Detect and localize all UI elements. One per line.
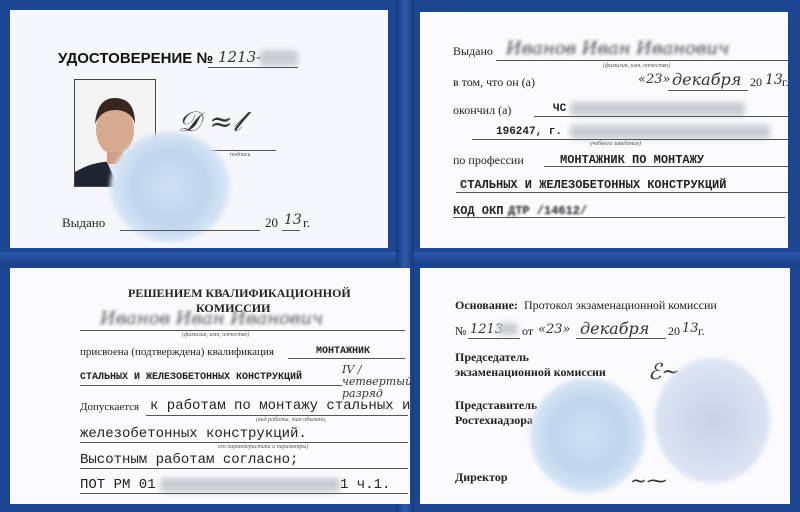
basis-text: Протокол экзаменационной комиссии (524, 298, 717, 313)
school-line (534, 116, 788, 117)
redacted-regulation (160, 478, 340, 492)
director-label: Директор (455, 470, 508, 485)
admitted-line-4-start: ПОТ РМ 01 (80, 477, 156, 493)
protocol-year: 13 (682, 321, 699, 336)
admitted-line-3: Высотным работам согласно; (80, 452, 298, 468)
issue-month: декабря (672, 70, 741, 89)
chair-line-1: Председатель (455, 350, 529, 365)
qualification-page: РЕШЕНИЕМ КВАЛИФИКАЦИОННОЙ КОМИССИИ Ивано… (10, 268, 410, 504)
school-caption: учебного заведения) (590, 141, 641, 147)
signature-caption: подпись (230, 152, 250, 158)
holder-full-name: Иванов Иван Иванович (506, 38, 729, 59)
organization-seal (655, 358, 770, 483)
name-line (496, 60, 788, 61)
admitted-underline-4 (80, 493, 408, 494)
qualification-line-1: МОНТАЖНИК (316, 346, 370, 357)
qualification-line-2-underline (80, 385, 342, 386)
protocol-year-unit: г. (698, 324, 705, 339)
rostechnadzor-seal (530, 378, 645, 493)
holder-full-name: Иванов Иван Иванович (100, 308, 323, 329)
profession-line (544, 166, 788, 167)
redacted-number (260, 50, 298, 66)
number-line (208, 67, 298, 68)
profession-line-2: СТАЛЬНЫХ И ЖЕЛЕЗОБЕТОННЫХ КОНСТРУКЦИЙ (460, 178, 726, 192)
protocol-month: декабря (580, 319, 649, 338)
rep-line-2: Ростехнадзора (455, 413, 533, 428)
profession-line-2-underline (456, 192, 788, 193)
admitted-underline-1 (146, 415, 408, 416)
school-name: ЧС (553, 103, 566, 115)
from-label: от (522, 324, 533, 339)
issue-year: 13 (765, 72, 783, 88)
issued-year: 13 (284, 212, 302, 228)
issued-label: Выдано (62, 215, 105, 231)
name-caption: (фамилия, имя, отчество) (603, 63, 670, 69)
seal-stamp (110, 132, 230, 242)
name-caption: (фамилия, имя, отчество) (182, 332, 249, 338)
certificate-title: УДОСТОВЕРЕНИЕ № (58, 50, 213, 67)
assigned-label: присвоена (подтверждена) квалификация (80, 346, 274, 358)
year-line (282, 230, 300, 231)
qualification-line-2: СТАЛЬНЫХ И ЖЕЛЕЗОБЕТОННЫХ КОНСТРУКЦИЙ (80, 372, 302, 383)
issued-year-prefix: 20 (265, 215, 278, 231)
month-line (668, 90, 748, 91)
graduated-label: окончил (а) (453, 103, 511, 118)
profession-label: по профессии (453, 153, 524, 168)
director-signature: ~⁓ (630, 468, 667, 492)
protocol-no-label: № (455, 324, 466, 339)
signatures-page: Основание: Протокол экзаменационной коми… (420, 268, 790, 504)
issued-date-line (120, 230, 260, 231)
code-label: КОД ОКП (453, 204, 503, 218)
admitted-label: Допускается (80, 401, 139, 413)
issue-day: «23» (638, 72, 670, 87)
that-label: в том, что он (а) (453, 75, 535, 90)
admitted-underline-2 (80, 442, 408, 443)
admitted-underline-3 (80, 468, 408, 469)
protocol-day: «23» (538, 322, 570, 337)
params-caption: его характеристики и параметры) (218, 444, 308, 450)
address-line (472, 139, 788, 140)
protocol-month-line (576, 338, 666, 339)
certificate-number: 1213- (218, 48, 261, 66)
grade-note: IV /четвертый/ разряд (342, 364, 410, 400)
name-line (80, 330, 405, 331)
heading-line-1: РЕШЕНИЕМ КВАЛИФИКАЦИОННОЙ (128, 286, 351, 301)
issued-label: Выдано (453, 44, 493, 59)
code-line (453, 217, 785, 218)
protocol-year-prefix: 20 (668, 324, 680, 339)
certificate-info-page: Выдано Иванов Иван Иванович (фамилия, им… (420, 12, 788, 248)
school-address: 196247, г. (496, 126, 562, 138)
qualification-underline (288, 358, 405, 359)
work-caption: (вид работы, тип объекта, (256, 417, 327, 423)
year-unit: г. (782, 75, 788, 90)
redacted-address (570, 125, 770, 139)
year-unit: г. (303, 215, 310, 231)
redacted-school (570, 102, 745, 116)
redacted-protocol (498, 323, 518, 335)
issue-year-prefix: 20 (750, 75, 762, 90)
protocol-line (468, 338, 520, 339)
profession-line-1: МОНТАЖНИК ПО МОНТАЖУ (560, 153, 704, 167)
basis-label: Основание: (455, 298, 518, 313)
admitted-line-4-end: 1 ч.1. (340, 477, 390, 493)
id-photo-page: УДОСТОВЕРЕНИЕ № 1213- 𝒟 ≈𝓁 подпись Выдан… (10, 10, 388, 248)
rep-line-1: Представитель (455, 398, 537, 413)
admitted-line-1: к работам по монтажу стальных и (150, 398, 410, 414)
code-value: ДТР /14612/ (508, 204, 587, 218)
admitted-line-2: железобетонных конструкций. (80, 426, 307, 442)
